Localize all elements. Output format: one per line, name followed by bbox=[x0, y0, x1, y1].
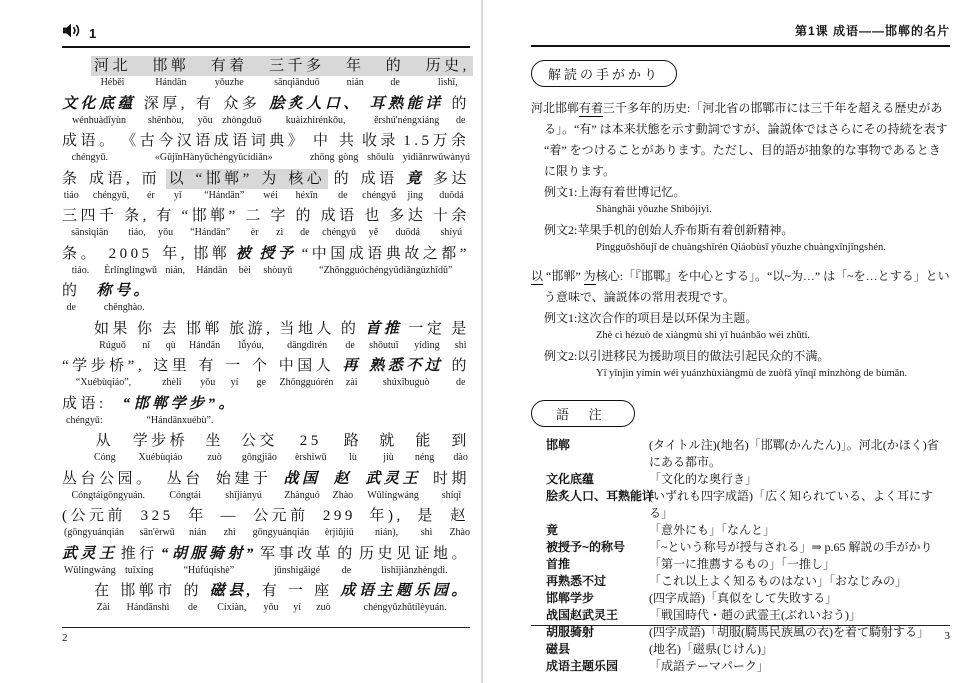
pinyin: Cóngtái bbox=[169, 489, 201, 502]
pinyin: shēnhòu, bbox=[148, 114, 184, 127]
glossary-definition: (タイトル注)(地名)「邯鄲(かんたん)」。河北(かほく)省にある都市。 bbox=[649, 437, 950, 471]
word-group: 条,tiáo, bbox=[124, 207, 150, 239]
word-group: 的de bbox=[337, 545, 356, 577]
pinyin: shì bbox=[421, 526, 433, 539]
hanzi: 成语主题乐园。 bbox=[340, 582, 470, 601]
hanzi: 旅游, bbox=[229, 320, 273, 339]
audio-track-marker: 1 bbox=[62, 24, 470, 42]
word-group: 成语,chéngyǔ, bbox=[89, 170, 133, 202]
pinyin: yě bbox=[369, 226, 378, 239]
pinyin: shíqī bbox=[442, 489, 461, 502]
left-header-rule bbox=[62, 46, 470, 48]
speaker-icon bbox=[62, 23, 82, 43]
right-footer-rule bbox=[531, 625, 950, 626]
word-group: 能néng bbox=[415, 432, 434, 464]
pinyin: nǐ bbox=[142, 339, 150, 352]
word-group: 成语chéngyǔ bbox=[361, 170, 398, 202]
pinyin: nián, bbox=[165, 264, 185, 277]
word-group: “中国成语典故之都”“Zhōngguóchéngyǔdiǎngùzhīdū” bbox=[302, 245, 470, 277]
hanzi: 成语 bbox=[321, 207, 358, 226]
glossary-term: 再熟悉不过 bbox=[546, 573, 649, 590]
hanzi: 武灵王 bbox=[62, 545, 118, 564]
example-label: 例文2: bbox=[544, 223, 577, 237]
word-group: 有着yǒuzhe bbox=[211, 57, 248, 89]
pinyin: yìdiǎnrwǔwànyú bbox=[403, 151, 470, 164]
pinyin: lìshǐ, bbox=[438, 76, 458, 89]
pinyin: shōulù bbox=[367, 151, 394, 164]
hanzi: “学步桥”, bbox=[62, 357, 145, 376]
word-group: 旅游,lǚyóu, bbox=[229, 320, 273, 352]
example-pinyin: Yǐ yǐnjìn yímín wéi yuánzhùxiàngmù de zu… bbox=[544, 366, 950, 381]
word-group: 磁县,Cíxiàn, bbox=[210, 582, 254, 614]
pinyin: ge bbox=[257, 376, 266, 389]
pinyin: gōngyuánqián bbox=[253, 526, 310, 539]
pinyin: jūnshìgǎigé bbox=[274, 564, 320, 577]
word-group: 赵Zhào bbox=[449, 507, 470, 539]
pinyin: Èrlínglíngwǔ bbox=[104, 264, 157, 277]
pinyin: gōngjiāo bbox=[242, 451, 277, 464]
hanzi: 从 bbox=[96, 432, 115, 451]
word-group: 军事改革jūnshìgǎigé bbox=[260, 545, 334, 577]
pinyin: gòng bbox=[338, 151, 358, 164]
pinyin: nián bbox=[347, 76, 364, 89]
pinyin: zài bbox=[346, 376, 358, 389]
glossary-row: 被授予~的称号「~という称号が授与される」⇒ p.65 解説の手がかり bbox=[546, 539, 950, 556]
pinyin: Hándān bbox=[189, 339, 220, 352]
hanzi: 字 bbox=[270, 207, 289, 226]
example: 例文1:上海有着世博记忆。Shànghǎi yǒuzhe Shìbójìyì. bbox=[531, 183, 950, 217]
hanzi: 条。 bbox=[62, 245, 99, 264]
word-group: 条tiáo bbox=[62, 170, 81, 202]
hanzi: “胡服骑射” bbox=[161, 545, 257, 564]
word-group: 的de bbox=[296, 207, 315, 239]
word-group: 成语:chéngyǔ: bbox=[62, 395, 107, 427]
word-group: 熟悉不过shúxībuguò bbox=[369, 357, 443, 389]
glossary-definition: 「これ以上よく知るものはない」「おなじみの」 bbox=[649, 573, 950, 590]
hanzi: 磁县, bbox=[210, 582, 254, 601]
hanzi: 成语。 bbox=[62, 132, 118, 151]
example-pinyin: Píngguǒshǒujī de chuàngshǐrén Qiáobùsī y… bbox=[544, 240, 950, 255]
pinyin: zì bbox=[276, 226, 283, 239]
hanzi: 条 bbox=[62, 170, 81, 189]
pinyin: shòuyǔ bbox=[263, 264, 292, 277]
example-chinese: 例文1:这次合作的项目是以环保为主题。 bbox=[544, 309, 950, 328]
pinyin: jìng bbox=[407, 189, 423, 202]
glossary-term: 邯郸 bbox=[546, 437, 649, 471]
hanzi: 共 bbox=[339, 132, 358, 151]
glossary-row: 邯郸学步(四字成語)「真似をして失敗する」 bbox=[546, 590, 950, 607]
pinyin: wénhuàdǐyùn bbox=[72, 114, 126, 127]
pinyin: shúxībuguò bbox=[383, 376, 430, 389]
pinyin: “Hándān” bbox=[204, 189, 244, 202]
pinyin: néng bbox=[415, 451, 434, 464]
word-group: 成语。chéngyǔ. bbox=[62, 132, 118, 164]
word-group: 为wéi bbox=[261, 170, 280, 202]
hanzi: 是 bbox=[417, 507, 436, 526]
pinyin: wéi bbox=[263, 189, 277, 202]
pinyin: yǒuzhe bbox=[215, 76, 244, 89]
pinyin: de bbox=[188, 601, 197, 614]
word-group: 推行tuīxíng bbox=[121, 545, 158, 577]
hanzi: 一定 bbox=[408, 320, 445, 339]
textbook-spread: 1 河北Héběi邯郸Hándān有着yǒuzhe三千多sānqiānduō年n… bbox=[0, 0, 966, 683]
text-line: 的de称号。chēnghào. bbox=[62, 282, 470, 314]
pinyin: shǒutuī bbox=[369, 339, 398, 352]
audio-track-number: 1 bbox=[89, 26, 96, 41]
word-group: 时期shíqī bbox=[433, 470, 470, 502]
pinyin: “Hándān” bbox=[190, 226, 230, 239]
hanzi: 座 bbox=[314, 582, 333, 601]
word-group: 路lù bbox=[344, 432, 363, 464]
pinyin: Zài bbox=[97, 601, 110, 614]
word-group: 的de bbox=[334, 170, 353, 202]
hanzi: 有 bbox=[196, 95, 215, 114]
glossary-term: 文化底蕴 bbox=[546, 471, 649, 488]
heading-segment: “邯郸” bbox=[543, 269, 584, 283]
glossary-section-title: 語 注 bbox=[531, 400, 635, 427]
word-group: 赵Zhào bbox=[333, 470, 354, 502]
pinyin: zuò bbox=[316, 601, 330, 614]
pinyin: de bbox=[338, 189, 347, 202]
hanzi: 邯郸 bbox=[193, 245, 230, 264]
word-group: 到dào bbox=[451, 432, 470, 464]
pinyin: zhòngduō bbox=[222, 114, 261, 127]
word-group: 的de bbox=[451, 95, 470, 127]
word-group: 邯郸Hándān bbox=[152, 57, 189, 89]
hanzi: 丛台公园。 bbox=[62, 470, 155, 489]
glossary-row: 成语主题乐园「成語テーマパーク」 bbox=[546, 658, 950, 675]
word-group: 中zhōng bbox=[310, 132, 334, 164]
hanzi: 的 bbox=[451, 95, 470, 114]
example-chinese: 例文2:以引进移民为援助项目的做法引起民众的不满。 bbox=[544, 347, 950, 366]
pinyin: «GǔjīnHànyǔchéngyǔcídiǎn» bbox=[155, 151, 273, 164]
word-group: 一yí bbox=[288, 582, 307, 614]
hanzi: “中国成语典故之都” bbox=[302, 245, 470, 264]
pinyin: Zhōngguórén bbox=[280, 376, 334, 389]
hanzi: 而 bbox=[142, 170, 161, 189]
word-group: “邯郸”“Hándān” bbox=[196, 170, 253, 202]
text-line: 河北Héběi邯郸Hándān有着yǒuzhe三千多sānqiānduō年niá… bbox=[62, 57, 470, 89]
hanzi: 到 bbox=[451, 432, 470, 451]
pinyin: Cóngtáigōngyuán. bbox=[71, 489, 145, 502]
pinyin: yí bbox=[293, 601, 301, 614]
pinyin: yídìng bbox=[414, 339, 440, 352]
word-group: 这里zhèli bbox=[153, 357, 190, 389]
word-group: 有yǒu bbox=[156, 207, 175, 239]
word-group: 一定yídìng bbox=[408, 320, 445, 352]
word-group: 的de bbox=[386, 57, 405, 89]
glossary-definition: 「意外にも」「なんと」 bbox=[649, 522, 950, 539]
word-group: “邯郸”“Hándān” bbox=[181, 207, 238, 239]
hanzi: 历史, bbox=[426, 57, 470, 76]
example-text: 苹果手机的创始人乔布斯有着创新精神。 bbox=[577, 223, 793, 237]
hanzi: 竟 bbox=[406, 170, 425, 189]
hanzi: (公元前 bbox=[62, 507, 126, 526]
word-group: 325sān'èrwǔ bbox=[140, 507, 175, 539]
hanzi: 推行 bbox=[121, 545, 158, 564]
word-group: “学步桥”,“Xuébùqiáo”, bbox=[62, 357, 145, 389]
hanzi: 邯郸 bbox=[186, 320, 223, 339]
text-line: 如果Rúguǒ你nǐ去qù邯郸Hándān旅游,lǚyóu,当地人dāngdìr… bbox=[62, 320, 470, 352]
hanzi: 成语: bbox=[62, 395, 107, 414]
word-group: 深厚,shēnhòu, bbox=[144, 95, 188, 127]
pinyin: jiù bbox=[383, 451, 394, 464]
pinyin: yǐ bbox=[174, 189, 182, 202]
glossary-definition: (四字成語)「真似をして失敗する」 bbox=[649, 590, 950, 607]
hanzi: 的 bbox=[451, 357, 470, 376]
example-chinese: 例文1:上海有着世博记忆。 bbox=[544, 183, 950, 202]
word-group: 始建于shǐjiànyú bbox=[216, 470, 272, 502]
left-page-number: 2 bbox=[62, 632, 68, 644]
hanzi: 学步桥 bbox=[133, 432, 189, 451]
word-group: 的de bbox=[341, 320, 360, 352]
example-label: 例文1: bbox=[544, 185, 577, 199]
hanzi: “邯郸” bbox=[196, 170, 253, 189]
text-line: 在Zài邯郸市Hándānshì的de磁县,Cíxiàn,有yǒu一yí座zuò… bbox=[62, 582, 470, 614]
pinyin: de bbox=[390, 76, 399, 89]
pinyin: shǐjiànyú bbox=[225, 489, 262, 502]
pinyin: dāngdìrén bbox=[287, 339, 327, 352]
text-line: 丛台公园。Cóngtáigōngyuán.丛台Cóngtái始建于shǐjiàn… bbox=[62, 470, 470, 502]
glossary-definition: 「~という称号が授与される」⇒ p.65 解説の手がかり bbox=[649, 539, 950, 556]
glossary-term: 战国赵武灵王 bbox=[546, 607, 649, 624]
hanzi: 年 bbox=[346, 57, 365, 76]
hanzi: 也 bbox=[364, 207, 383, 226]
hanzi: 军事改革 bbox=[260, 545, 334, 564]
glossary-definition: (いずれも四字成語)「広く知られている、よく耳にする」 bbox=[649, 488, 950, 522]
pinyin: nián bbox=[189, 526, 206, 539]
heading-segment: 有着 bbox=[579, 101, 603, 117]
hanzi: 耳熟能详 bbox=[370, 95, 444, 114]
pinyin: “Hándānxuébù”. bbox=[146, 414, 213, 427]
pinyin: de bbox=[456, 114, 465, 127]
glossary-term: 磁县 bbox=[546, 641, 649, 658]
word-group: 多达duōdá bbox=[389, 207, 426, 239]
pinyin: yǒu bbox=[198, 114, 213, 127]
glossary-definition: 「第一に推薦するもの」「一推し」 bbox=[649, 556, 950, 573]
hanzi: 1.5万余 bbox=[403, 132, 469, 151]
glossary-row: 再熟悉不过「これ以上よく知るものはない」「おなじみの」 bbox=[546, 573, 950, 590]
pinyin: Wǔlíngwáng bbox=[64, 564, 116, 577]
right-page-number: 3 bbox=[531, 630, 950, 642]
pinyin: Xuébùqiáo bbox=[139, 451, 183, 464]
hanzi: 《古今汉语成语词典》 bbox=[121, 132, 306, 151]
text-line: 三四千sānsìqiān条,tiáo,有yǒu“邯郸”“Hándān”二èr字z… bbox=[62, 207, 470, 239]
word-group: 丛台Cóngtái bbox=[167, 470, 204, 502]
pinyin: ér bbox=[147, 189, 155, 202]
pinyin: sān'èrwǔ bbox=[140, 526, 175, 539]
example: 例文1:这次合作的项目是以环保为主题。Zhè cì hézuò de xiàng… bbox=[531, 309, 950, 343]
text-line: 武灵王Wǔlíngwáng推行tuīxíng“胡服骑射”“Húfúqíshè”军… bbox=[62, 545, 470, 577]
pinyin: de bbox=[342, 564, 351, 577]
word-group: 中国人Zhōngguórén bbox=[279, 357, 335, 389]
word-group: —zhì bbox=[220, 507, 239, 539]
glossary-term: 成语主题乐园 bbox=[546, 658, 649, 675]
pinyin: chéngyǔ. bbox=[72, 151, 108, 164]
word-group: 在Zài bbox=[94, 582, 113, 614]
page-gutter-line bbox=[481, 0, 483, 683]
hanzi: “邯郸” bbox=[181, 207, 238, 226]
word-group: 三四千sānsìqiān bbox=[62, 207, 118, 239]
word-group: 再zài bbox=[342, 357, 361, 389]
hanzi: 年 bbox=[188, 507, 207, 526]
text-line: 成语:chéngyǔ:“邯郸学步”。“Hándānxuébù”. bbox=[62, 395, 470, 427]
hanzi: 你 bbox=[137, 320, 156, 339]
pinyin: shíyú bbox=[441, 226, 463, 239]
pinyin: kuàizhìrénkǒu, bbox=[286, 114, 346, 127]
word-group: 如果Rúguǒ bbox=[94, 320, 131, 352]
pinyin: sānsìqiān bbox=[71, 226, 108, 239]
pinyin: zhōng bbox=[310, 151, 334, 164]
word-group: 邯郸Hándān bbox=[193, 245, 230, 277]
word-group: 年,nián, bbox=[162, 245, 188, 277]
word-group: 有yǒu bbox=[199, 357, 218, 389]
pinyin: “Xuébùqiáo”, bbox=[76, 376, 131, 389]
heading-segment: 三千多年的历史:「河北省の邯鄲市には三千年を超える歴史がある」。“有” は本来状… bbox=[544, 101, 948, 178]
example: 例文2:苹果手机的创始人乔布斯有着创新精神。Píngguǒshǒujī de c… bbox=[531, 221, 950, 255]
pinyin: chēnghào. bbox=[104, 301, 145, 314]
word-group: 首推shǒutuī bbox=[365, 320, 402, 352]
example-label: 例文2: bbox=[544, 349, 577, 363]
hanzi: 深厚, bbox=[144, 95, 188, 114]
pinyin: bèi bbox=[239, 264, 251, 277]
pinyin: dào bbox=[453, 451, 467, 464]
word-group: 三千多sānqiānduō bbox=[269, 57, 325, 89]
word-group: 成语主题乐园。chéngyǔzhǔtílèyuán. bbox=[340, 582, 470, 614]
pinyin: chéngyǔ bbox=[362, 189, 396, 202]
hanzi: 成语 bbox=[361, 170, 398, 189]
grammar-blocks: 河北邯郸有着三千多年的历史:「河北省の邯鄲市には三千年を超える歴史がある」。“有… bbox=[531, 98, 950, 381]
glossary-row: 文化底蕴「文化的な奥行き」 bbox=[546, 471, 950, 488]
pinyin: chéngyǔ: bbox=[66, 414, 103, 427]
word-group: 武灵王Wǔlíngwáng bbox=[365, 470, 421, 502]
word-group: 1.5万余yìdiǎnrwǔwànyú bbox=[403, 132, 470, 164]
hanzi: 首推 bbox=[365, 320, 402, 339]
word-group: 文化底蕴wénhuàdǐyùn bbox=[62, 95, 136, 127]
hanzi: 时期 bbox=[433, 470, 470, 489]
pinyin: lìshǐjiànzhèngdì. bbox=[381, 564, 447, 577]
example-chinese: 例文2:苹果手机的创始人乔布斯有着创新精神。 bbox=[544, 221, 950, 240]
word-group: 的de bbox=[62, 282, 81, 314]
example-label: 例文1: bbox=[544, 311, 577, 325]
hanzi: 熟悉不过 bbox=[369, 357, 443, 376]
left-page: 1 河北Héběi邯郸Hándān有着yǒuzhe三千多sānqiānduō年n… bbox=[62, 24, 470, 620]
word-group: 是shì bbox=[417, 507, 436, 539]
hanzi: 有 bbox=[262, 582, 281, 601]
word-group: 的de bbox=[183, 582, 202, 614]
hanzi: 299 bbox=[323, 507, 356, 526]
pinyin: Cóng bbox=[94, 451, 116, 464]
word-group: 是shì bbox=[451, 320, 470, 352]
word-group: 被bèi bbox=[236, 245, 255, 277]
word-group: 而ér bbox=[142, 170, 161, 202]
word-group: 个ge bbox=[252, 357, 271, 389]
pinyin: lǚyóu, bbox=[239, 339, 264, 352]
pinyin: èrjiǔjiǔ bbox=[325, 526, 354, 539]
pinyin: Zhào bbox=[449, 526, 470, 539]
pinyin: sānqiānduō bbox=[274, 76, 320, 89]
glossary-row: 邯郸(タイトル注)(地名)「邯鄲(かんたん)」。河北(かほく)省にある都市。 bbox=[546, 437, 950, 471]
heading-segment: 以 bbox=[531, 269, 543, 285]
hanzi: 战国 bbox=[283, 470, 320, 489]
word-group: 年),nián), bbox=[369, 507, 403, 539]
pinyin: lù bbox=[349, 451, 357, 464]
pinyin: tiáo bbox=[64, 189, 79, 202]
pinyin: shì bbox=[455, 339, 467, 352]
hanzi: — bbox=[220, 507, 239, 526]
word-group: 坐zuò bbox=[205, 432, 224, 464]
pinyin: zhèli bbox=[162, 376, 181, 389]
hanzi: 的 bbox=[341, 320, 360, 339]
hanzi: 多达 bbox=[433, 170, 470, 189]
hanzi: 众多 bbox=[223, 95, 260, 114]
pinyin: nián), bbox=[375, 526, 398, 539]
glossary-term: 竟 bbox=[546, 522, 649, 539]
word-group: 河北Héběi bbox=[94, 57, 131, 89]
hints-section-title: 解読の手がかり bbox=[531, 60, 677, 87]
word-group: 有yǒu bbox=[262, 582, 281, 614]
hanzi: 二 bbox=[245, 207, 264, 226]
text-line: 文化底蕴wénhuàdǐyùn深厚,shēnhòu,有yǒu众多zhòngduō… bbox=[62, 95, 470, 127]
pinyin: de bbox=[300, 226, 309, 239]
hanzi: 的 bbox=[296, 207, 315, 226]
hanzi: 公元前 bbox=[253, 507, 309, 526]
example-text: 这次合作的项目是以环保为主题。 bbox=[577, 311, 757, 325]
hanzi: 有 bbox=[156, 207, 175, 226]
word-group: 座zuò bbox=[314, 582, 333, 614]
hanzi: 始建于 bbox=[216, 470, 272, 489]
hanzi: 的 bbox=[334, 170, 353, 189]
word-group: 核心héxīn bbox=[288, 170, 325, 202]
hanzi: 去 bbox=[162, 320, 181, 339]
pinyin: ěrshú'néngxiáng bbox=[374, 114, 439, 127]
text-line: 条。tiáo.2005Èrlínglíngwǔ年,nián,邯郸Hándān被b… bbox=[62, 245, 470, 277]
hanzi: 的 bbox=[386, 57, 405, 76]
pinyin: èrshiwǔ bbox=[295, 451, 327, 464]
right-page: 第1课 成语——邯郸的名片 解読の手がかり 河北邯郸有着三千多年的历史:「河北省… bbox=[531, 22, 950, 675]
word-group: 耳熟能详ěrshú'néngxiáng bbox=[370, 95, 444, 127]
hanzi: 中国人 bbox=[279, 357, 335, 376]
word-group: (公元前(gōngyuánqián bbox=[62, 507, 126, 539]
word-group: 武灵王Wǔlíngwáng bbox=[62, 545, 118, 577]
pinyin: Hándānshì bbox=[127, 601, 170, 614]
word-group: 十余shíyú bbox=[433, 207, 470, 239]
pinyin: èr bbox=[251, 226, 259, 239]
hanzi: 中 bbox=[313, 132, 332, 151]
pinyin: Wǔlíngwáng bbox=[367, 489, 419, 502]
word-group: 收录shōulù bbox=[362, 132, 399, 164]
glossary-definition: 「戦国時代・趙の武霊王(ぶれいおう)」 bbox=[649, 607, 950, 624]
glossary-term: 首推 bbox=[546, 556, 649, 573]
pinyin: yǒu bbox=[263, 601, 278, 614]
word-group: 历史见证地。lìshǐjiànzhèngdì. bbox=[359, 545, 470, 577]
pinyin: chéngyǔzhǔtílèyuán. bbox=[364, 601, 447, 614]
word-group: “胡服骑射”“Húfúqíshè” bbox=[161, 545, 257, 577]
hanzi: 丛台 bbox=[167, 470, 204, 489]
text-line: 条tiáo成语,chéngyǔ,而ér以yǐ“邯郸”“Hándān”为wéi核心… bbox=[62, 170, 470, 202]
word-group: 的de bbox=[451, 357, 470, 389]
hanzi: 赵 bbox=[334, 470, 353, 489]
glossary-row: 磁县(地名)「磁県(じけん)」 bbox=[546, 641, 950, 658]
word-group: 邯郸市Hándānshì bbox=[120, 582, 176, 614]
glossary-definition: 「文化的な奥行き」 bbox=[649, 471, 950, 488]
hanzi: 一 bbox=[288, 582, 307, 601]
hanzi: 核心 bbox=[288, 170, 325, 189]
pinyin: héxīn bbox=[296, 189, 318, 202]
pinyin: “Zhōngguóchéngyǔdiǎngùzhīdū” bbox=[319, 264, 452, 277]
glossary-row: 竟「意外にも」「なんと」 bbox=[546, 522, 950, 539]
pinyin: tiáo, bbox=[128, 226, 146, 239]
